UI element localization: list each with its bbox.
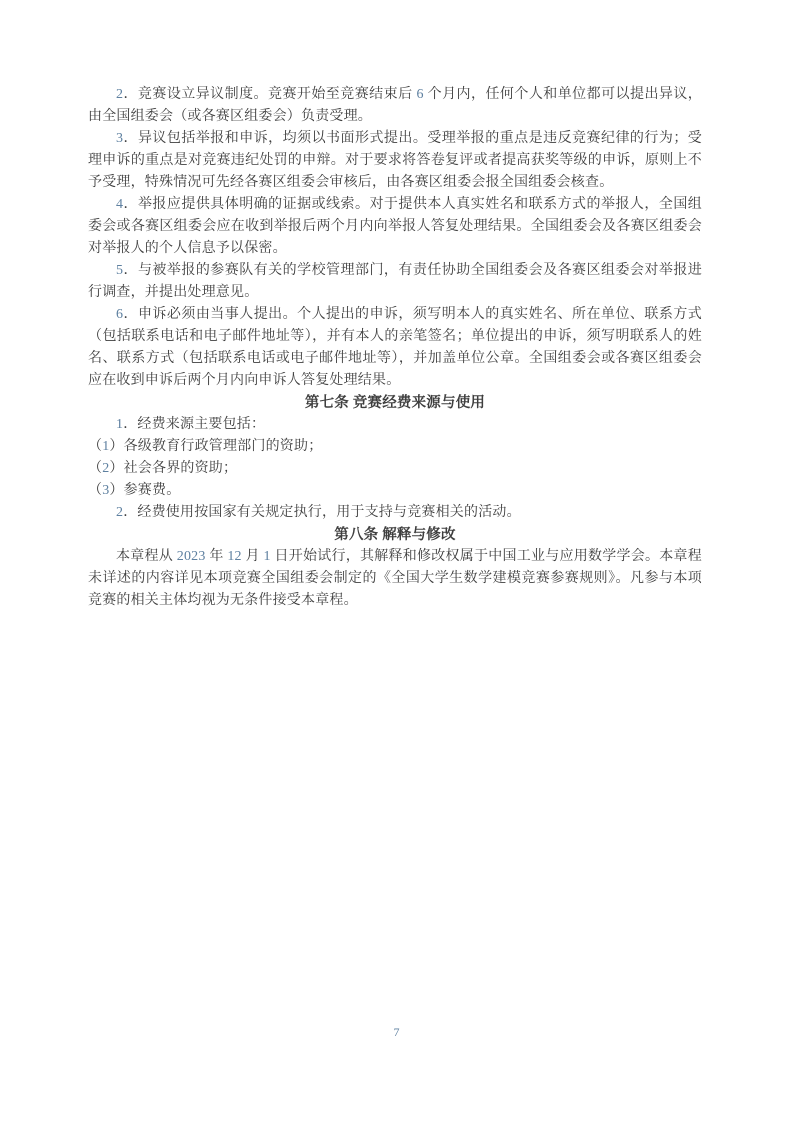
paragraph-school-duty: 5．与被举报的参赛队有关的学校管理部门，有责任协助全国组委会及各赛区组委会对举报… [88, 260, 702, 304]
paragraph-appeal-rules: 6．申诉必须由当事人提出。个人提出的申诉，须写明本人的真实姓名、所在单位、联系方… [88, 304, 702, 392]
document-body: 2．竞赛设立异议制度。竞赛开始至竞赛结束后 6 个月内，任何个人和单位都可以提出… [88, 84, 702, 612]
paragraph-report-evidence: 4．举报应提供具体明确的证据或线索。对于提供本人真实姓名和联系方式的举报人，全国… [88, 194, 702, 260]
section-heading-article-8: 第八条 解释与修改 [88, 524, 702, 546]
list-item-funding-1: （1）各级教育行政管理部门的资助； [88, 436, 702, 458]
paragraph-dispute-system: 2．竞赛设立异议制度。竞赛开始至竞赛结束后 6 个月内，任何个人和单位都可以提出… [88, 84, 702, 128]
document-page: 2．竞赛设立异议制度。竞赛开始至竞赛结束后 6 个月内，任何个人和单位都可以提出… [0, 0, 793, 1122]
page-footer: 7 [0, 1024, 793, 1040]
page-number: 7 [394, 1025, 400, 1039]
paragraph-effective-date: 本章程从 2023 年 12 月 1 日开始试行，其解释和修改权属于中国工业与应… [88, 546, 702, 612]
list-item-funding-2: （2）社会各界的资助； [88, 458, 702, 480]
section-heading-article-7: 第七条 竞赛经费来源与使用 [88, 392, 702, 414]
list-item-funding-3: （3）参赛费。 [88, 480, 702, 502]
paragraph-funding-usage: 2．经费使用按国家有关规定执行，用于支持与竞赛相关的活动。 [88, 502, 702, 524]
paragraph-objection-scope: 3．异议包括举报和申诉，均须以书面形式提出。受理举报的重点是违反竞赛纪律的行为；… [88, 128, 702, 194]
paragraph-funding-sources: 1．经费来源主要包括： [88, 414, 702, 436]
